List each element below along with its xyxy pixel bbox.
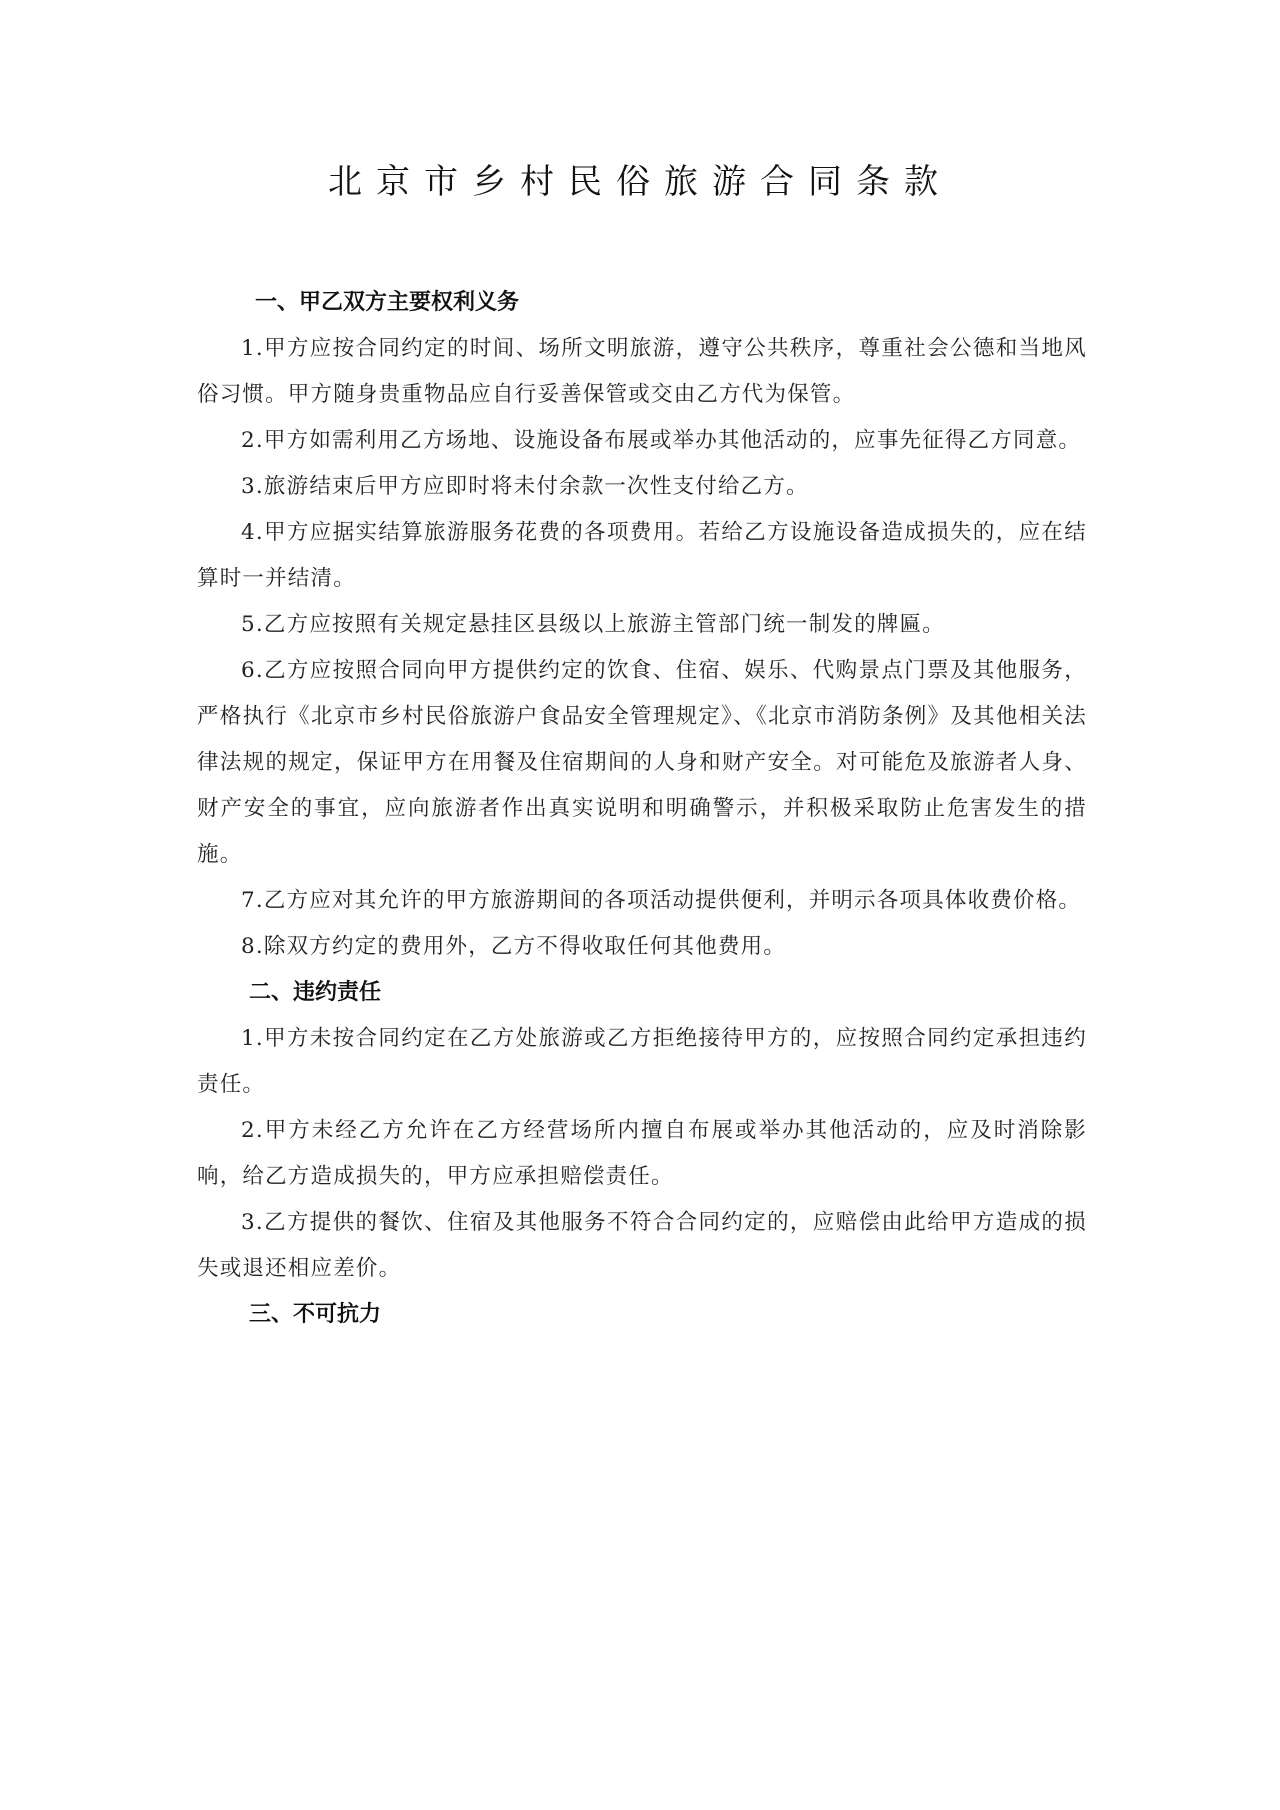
clause-1-8: 8.除双方约定的费用外，乙方不得收取任何其他费用。 [197,924,1087,970]
clause-2-2: 2.甲方未经乙方允许在乙方经营场所内擅自布展或举办其他活动的，应及时消除影响，给… [197,1108,1087,1200]
clause-2-1: 1.甲方未按合同约定在乙方处旅游或乙方拒绝接待甲方的，应按照合同约定承担违约责任… [197,1016,1087,1108]
section-heading-force-majeure: 三、不可抗力 [197,1292,1087,1338]
clause-1-1: 1.甲方应按合同约定的时间、场所文明旅游，遵守公共秩序，尊重社会公德和当地风俗习… [197,326,1087,418]
clause-1-5: 5.乙方应按照有关规定悬挂区县级以上旅游主管部门统一制发的牌匾。 [197,602,1087,648]
clause-1-3: 3.旅游结束后甲方应即时将未付余款一次性支付给乙方。 [197,464,1087,510]
section-heading-rights-obligations: 一、甲乙双方主要权利义务 [197,280,1087,326]
clause-1-2: 2.甲方如需利用乙方场地、设施设备布展或举办其他活动的，应事先征得乙方同意。 [197,418,1087,464]
clause-2-3: 3.乙方提供的餐饮、住宿及其他服务不符合合同约定的，应赔偿由此给甲方造成的损失或… [197,1200,1087,1292]
clause-1-4: 4.甲方应据实结算旅游服务花费的各项费用。若给乙方设施设备造成损失的，应在结算时… [197,510,1087,602]
section-heading-breach-liability: 二、违约责任 [197,970,1087,1016]
clause-1-6: 6.乙方应按照合同向甲方提供约定的饮食、住宿、娱乐、代购景点门票及其他服务，严格… [197,648,1087,878]
document-body: 一、甲乙双方主要权利义务 1.甲方应按合同约定的时间、场所文明旅游，遵守公共秩序… [197,280,1087,1338]
document-title: 北京市乡村民俗旅游合同条款 [0,160,1280,204]
document-page: 北京市乡村民俗旅游合同条款 一、甲乙双方主要权利义务 1.甲方应按合同约定的时间… [0,0,1280,1810]
clause-1-7: 7.乙方应对其允许的甲方旅游期间的各项活动提供便利，并明示各项具体收费价格。 [197,878,1087,924]
